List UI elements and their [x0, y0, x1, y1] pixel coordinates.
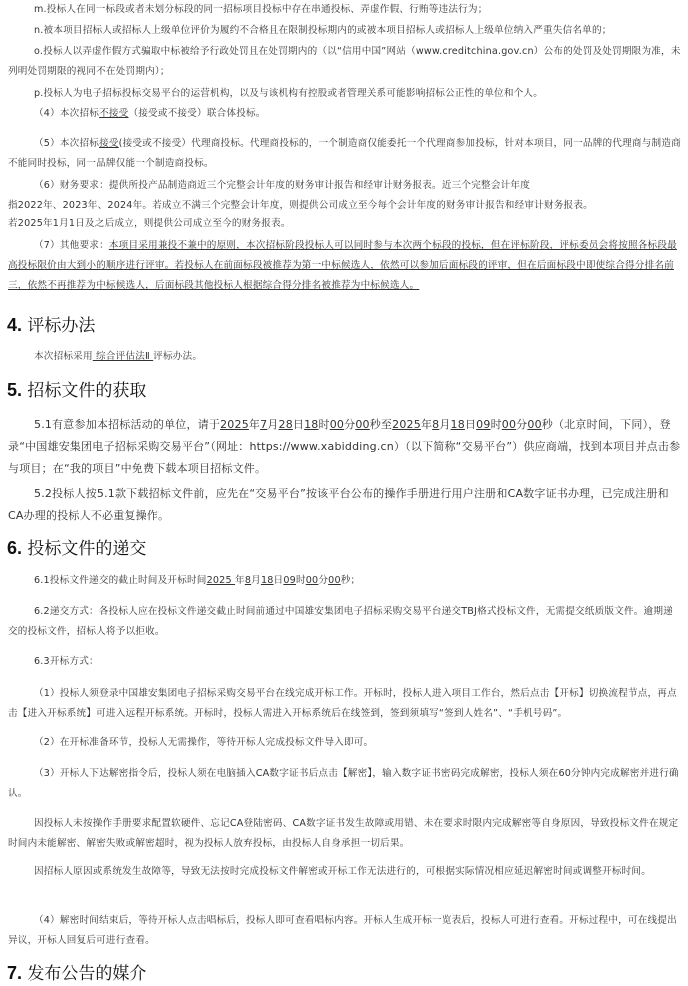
text: 时 [296, 575, 306, 586]
section-7-heading: 7. 发布公告的媒介 [7, 962, 146, 985]
section-title: 投标文件的递交 [27, 539, 146, 559]
section-number: 7. [7, 963, 22, 983]
section-6-3: 6.3开标方式： [8, 652, 682, 672]
opening-step-1: （1）投标人须登录中国雄安集团电子招标采购交易平台在线完成开标工作。开标时，投标… [8, 684, 682, 724]
end-year: 2025 [392, 418, 421, 431]
req7-prefix: （7）其他要求： [34, 240, 109, 251]
evaluation-method: 本次招标采用 综合评估法Ⅱ 评标办法。 [8, 347, 682, 367]
text: 日 [465, 418, 476, 431]
section-5-1: 5.1有意参加本招标活动的单位，请于2025年7月28日18时00分00秒至20… [8, 414, 682, 480]
deadline-second: 00 [328, 575, 341, 586]
text: 5.1有意参加本招标活动的单位，请于 [34, 418, 220, 431]
text: 分 [344, 418, 355, 431]
req7-text: 本项目采用兼投不兼中的原则，本次招标阶段投标人可以同时参与本次两个标段的投标，但… [8, 240, 677, 291]
consortium-value: 不接受 [99, 108, 128, 119]
section-number: 5. [7, 380, 22, 400]
section-title: 发布公告的媒介 [27, 964, 146, 984]
section-title: 招标文件的获取 [27, 381, 146, 401]
text: 年 [249, 418, 260, 431]
end-hour: 09 [476, 418, 490, 431]
req4-suffix: （接受或不接受）联合体投标。 [128, 108, 265, 119]
text: 秒； [341, 575, 361, 586]
end-second: 00 [527, 418, 541, 431]
text: 分 [516, 418, 527, 431]
decryption-failure-note: 因投标人未按操作手册要求配置软硬件、忘记CA登陆密码、CA数字证书发生故障或用错… [8, 814, 682, 854]
deadline-minute: 00 [306, 575, 319, 586]
clause-m: m.投标人在同一标段或者未划分标段的同一招标项目投标中存在串通投标、弄虚作假、行… [8, 0, 682, 20]
section-title: 评标办法 [27, 316, 95, 336]
end-day: 18 [451, 418, 465, 431]
method-suffix: 评标办法。 [153, 351, 202, 362]
req5-prefix: （5）本次招标 [34, 138, 99, 149]
section-number: 6. [7, 538, 22, 558]
end-minute: 00 [502, 418, 516, 431]
clause-p: p.投标人为电子招标投标交易平台的运营机构，以及与该机构有控股或者管理关系可能影… [8, 84, 682, 104]
section-5-heading: 5. 招标文件的获取 [7, 379, 146, 402]
requirement-7: （7）其他要求：本项目采用兼投不兼中的原则，本次招标阶段投标人可以同时参与本次两… [8, 236, 682, 296]
req4-prefix: （4）本次招标 [34, 108, 99, 119]
text: 年 [235, 575, 245, 586]
clause-o: o.投标人以弄虚作假方式骗取中标被给予行政处罚且在处罚期内的（以“信用中国”网站… [8, 42, 682, 82]
section-4-heading: 4. 评标办法 [7, 314, 95, 337]
method-value: 综合评估法Ⅱ [93, 351, 153, 362]
text: 6.1投标文件递交的截止时间及开标时间 [34, 575, 207, 586]
text: 秒至 [370, 418, 392, 431]
method-prefix: 本次招标采用 [34, 351, 93, 362]
text: 月 [267, 418, 278, 431]
deadline-year: 2025 [207, 575, 235, 586]
start-day: 28 [279, 418, 293, 431]
requirement-6-line1: （6）财务要求：提供所投产品制造商近三个完整会计年度的财务审计报告和经审计财务报… [8, 176, 682, 196]
text: 日 [293, 418, 304, 431]
system-failure-note: 因招标人原因或系统发生故障等，导致无法按时完成投标文件解密或开标工作无法进行的，… [8, 862, 682, 882]
text: 年 [421, 418, 432, 431]
opening-step-4: （4）解密时间结束后，等待开标人点击唱标后，投标人即可查看唱标内容。开标人生成开… [8, 911, 682, 951]
requirement-6-line2: 指2022年、2023年、2024年。若成立不满三个完整会计年度，则提供公司成立… [8, 196, 682, 216]
section-number: 4. [7, 315, 22, 335]
requirement-6-line3: 若2025年1月1日及之后成立，则提供公司成立至今的财务报表。 [8, 214, 682, 234]
section-6-2: 6.2递交方式：各投标人应在投标文件递交截止时间前通过中国雄安集团电子招标采购交… [8, 602, 682, 642]
section-6-1: 6.1投标文件递交的截止时间及开标时间2025 年8月18日09时00分00秒； [8, 571, 682, 591]
text: 时 [319, 418, 330, 431]
text: 月 [439, 418, 450, 431]
requirement-5: （5）本次招标接受(接受或不接受）代理商投标。代理商投标的，一个制造商仅能委托一… [8, 134, 682, 174]
start-minute: 00 [330, 418, 344, 431]
start-hour: 18 [304, 418, 318, 431]
opening-step-3: （3）开标人下达解密指令后，投标人须在电脑插入CA数字证书后点击【解密】，输入数… [8, 764, 682, 804]
agent-value: 接受 [99, 138, 119, 149]
section-6-heading: 6. 投标文件的递交 [7, 537, 146, 560]
section-5-2: 5.2投标人按5.1款下载招标文件前，应先在“交易平台”按该平台公布的操作手册进… [8, 483, 682, 527]
clause-n: n.被本项目招标人或招标人上级单位评价为履约不合格且在限制投标期内的或被本项目招… [8, 21, 682, 41]
text: 时 [491, 418, 502, 431]
start-second: 00 [355, 418, 369, 431]
requirement-4: （4）本次招标不接受（接受或不接受）联合体投标。 [8, 104, 682, 124]
text: 日 [274, 575, 284, 586]
text: 分 [318, 575, 328, 586]
opening-step-2: （2）在开标准备环节，投标人无需操作，等待开标人完成投标文件导入即可。 [8, 733, 682, 753]
start-year: 2025 [220, 418, 249, 431]
deadline-day: 18 [261, 575, 274, 586]
deadline-hour: 09 [283, 575, 296, 586]
text: 月 [251, 575, 261, 586]
